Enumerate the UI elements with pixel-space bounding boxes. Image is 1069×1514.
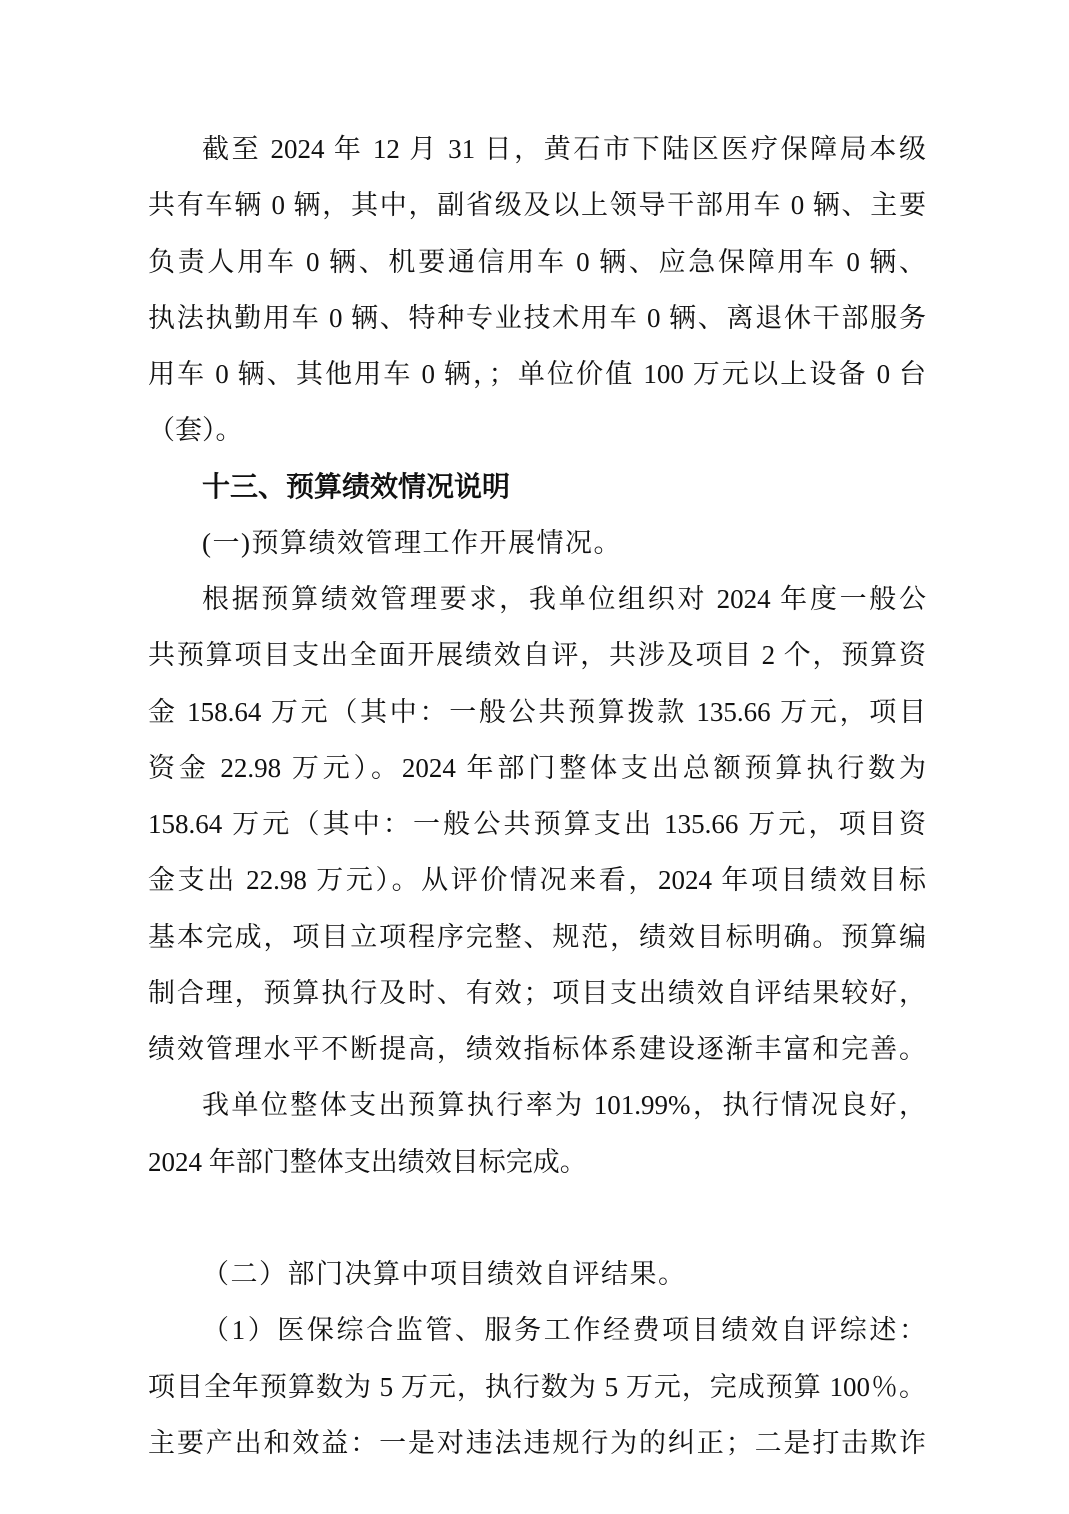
text-line-performance-1: 根据预算绩效管理要求，我单位组织对 2024 年度一般公: [148, 571, 926, 627]
text-line-performance-4: 资金 22.98 万元）。2024 年部门整体支出总额预算执行数为: [148, 740, 926, 796]
text-line-vehicles-3: 负责人用车 0 辆、机要通信用车 0 辆、应急保障用车 0 辆、: [148, 234, 926, 290]
text-line-performance-2: 共预算项目支出全面开展绩效自评，共涉及项目 2 个，预算资: [148, 627, 926, 683]
text-line-vehicles-2: 共有车辆 0 辆，其中，副省级及以上领导干部用车 0 辆、主要: [148, 177, 926, 233]
text-line-vehicles-6: （套）。: [148, 402, 926, 458]
document-content: 截至 2024 年 12 月 31 日，黄石市下陆区医疗保障局本级 共有车辆 0…: [148, 121, 926, 1471]
text-line-performance-3: 金 158.64 万元（其中：一般公共预算拨款 135.66 万元，项目: [148, 684, 926, 740]
text-line-execution-rate-1: 我单位整体支出预算执行率为 101.99%，执行情况良好，: [148, 1077, 926, 1133]
text-line-selfreview-1: （1）医保综合监管、服务工作经费项目绩效自评综述：: [148, 1302, 926, 1358]
text-line-performance-6: 金支出 22.98 万元）。从评价情况来看，2024 年项目绩效目标: [148, 852, 926, 908]
text-line-selfreview-2: 项目全年预算数为 5 万元，执行数为 5 万元，完成预算 100％。: [148, 1359, 926, 1415]
text-line-performance-7: 基本完成，项目立项程序完整、规范，绩效目标明确。预算编: [148, 909, 926, 965]
text-line-vehicles-5: 用车 0 辆、其他用车 0 辆，；单位价值 100 万元以上设备 0 台: [148, 346, 926, 402]
text-line-execution-rate-2: 2024 年部门整体支出绩效目标完成。: [148, 1134, 926, 1190]
text-line-performance-9: 绩效管理水平不断提高，绩效指标体系建设逐渐丰富和完善。: [148, 1021, 926, 1077]
text-line-performance-8: 制合理，预算执行及时、有效；项目支出绩效自评结果较好，: [148, 965, 926, 1021]
subsection-heading-1: (一)预算绩效管理工作开展情况。: [148, 515, 926, 571]
text-line-vehicles-1: 截至 2024 年 12 月 31 日，黄石市下陆区医疗保障局本级: [148, 121, 926, 177]
blank-line: [148, 1190, 926, 1246]
text-line-vehicles-4: 执法执勤用车 0 辆、特种专业技术用车 0 辆、离退休干部服务: [148, 290, 926, 346]
subsection-heading-2: （二）部门决算中项目绩效自评结果。: [148, 1246, 926, 1302]
text-line-performance-5: 158.64 万元（其中：一般公共预算支出 135.66 万元，项目资: [148, 796, 926, 852]
text-line-selfreview-3: 主要产出和效益：一是对违法违规行为的纠正；二是打击欺诈: [148, 1415, 926, 1471]
section-heading-13: 十三、预算绩效情况说明: [148, 459, 926, 515]
document-page: 截至 2024 年 12 月 31 日，黄石市下陆区医疗保障局本级 共有车辆 0…: [0, 0, 1069, 1514]
